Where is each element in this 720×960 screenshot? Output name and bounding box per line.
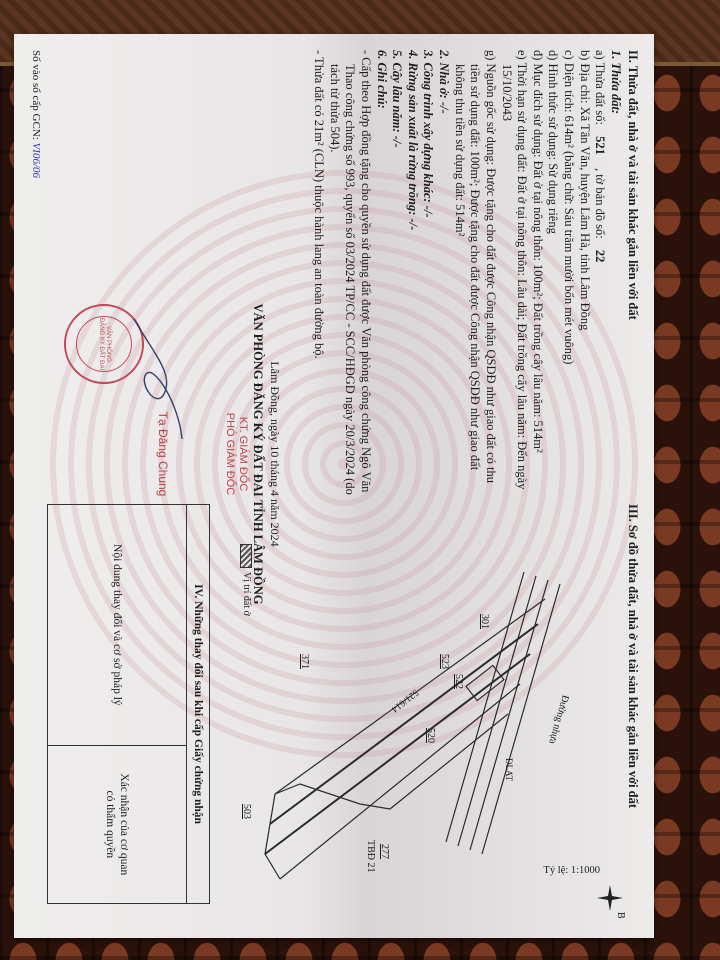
section4-title: IV. Những thay đổi sau khi cấp Giấy chứn… bbox=[186, 505, 209, 904]
authority-confirmation-header: Xác nhận của cơ quan có thẩm quyền bbox=[47, 745, 186, 903]
term-end-date: 15/10/2043 bbox=[498, 50, 514, 490]
area-line: c) Diện tích: 614m² (bằng chữ: Sáu trăm … bbox=[561, 50, 577, 490]
legend-label: Vị trí đất ở bbox=[240, 572, 253, 616]
note-1: - Cấp theo Hợp đồng tặng cho quyền sử dụ… bbox=[357, 50, 373, 490]
notes-heading: 6. Ghi chú: bbox=[373, 50, 389, 490]
section-land-details: II. Thửa đất, nhà ở và tài sản khác gắn … bbox=[30, 50, 640, 490]
north-label: B bbox=[614, 912, 627, 919]
note-1-line-3: tách từ thửa 504). bbox=[326, 50, 342, 490]
signature-scribble bbox=[124, 314, 184, 444]
land-certificate-page: II. Thửa đất, nhà ở và tài sản khác gắn … bbox=[14, 34, 654, 938]
parcel-sketch-map bbox=[250, 524, 600, 904]
changes-content-header: Nội dung thay đổi và cơ sở pháp lý bbox=[47, 505, 186, 746]
origin-line-2: tiền sử dụng đất: 100m²; Được tặng cho đ… bbox=[467, 50, 483, 490]
changes-table: IV. Những thay đổi sau khi cấp Giấy chứn… bbox=[47, 504, 210, 904]
forest-line: 4. Rừng sản xuất là rừng trồng: -/- bbox=[404, 50, 420, 490]
neighbor-523: 523 bbox=[438, 654, 451, 669]
section2-title: II. Thửa đất, nhà ở và tài sản khác gắn … bbox=[624, 50, 640, 320]
neighbor-522: 522 bbox=[452, 674, 465, 689]
legend-residential: Vị trí đất ở bbox=[240, 544, 253, 616]
registration-number: Số vào sổ cấp GCN: VI06/06 bbox=[28, 50, 42, 178]
registration-label: Số vào sổ cấp GCN: bbox=[30, 50, 42, 140]
address-line: b) Địa chỉ: Xã Tân Văn, huyện Lâm Hà, tỉ… bbox=[576, 50, 592, 490]
map-sheet-number: 22 bbox=[593, 250, 607, 263]
other-works-line: 3. Công trình xây dựng khác: -/- bbox=[420, 50, 436, 490]
neighbor-277: 277 bbox=[378, 844, 391, 859]
neighbor-520: 520 bbox=[424, 728, 437, 743]
note-1-line-2: Thao công chứng số 993, quyển số 03/2024… bbox=[342, 50, 358, 490]
neighbor-301: 301 bbox=[478, 614, 491, 629]
authority-line-2: có thẩm quyền bbox=[102, 752, 116, 897]
note-2: - Thửa đất có 21m² (CLN) thuộc hành lang… bbox=[311, 50, 327, 490]
authority-line-1: Xác nhận của cơ quan bbox=[117, 752, 131, 897]
purpose-line: đ) Mục đích sử dụng: Đất ở tại nông thôn… bbox=[529, 50, 545, 490]
parcel-label: a) Thửa đất số: bbox=[593, 50, 607, 125]
compass-icon bbox=[596, 884, 624, 912]
origin-line: g) Nguồn gốc sử dụng: Được tặng cho đất … bbox=[482, 50, 498, 490]
neighbor-tbd21: TBĐ 21 bbox=[364, 840, 377, 873]
land-heading: 1. Thửa đất: bbox=[607, 50, 623, 490]
origin-line-3: không thu tiền sử dụng đất: 514m² bbox=[451, 50, 467, 490]
registration-value: VI06/06 bbox=[30, 143, 42, 178]
perennial-line: 5. Cây lâu năm: -/- bbox=[389, 50, 405, 490]
parcel-number-line: a) Thửa đất số: 521 , tờ bản đồ số: 22 bbox=[592, 50, 608, 490]
usage-form-line: d) Hình thức sử dụng: Sử dụng riêng bbox=[545, 50, 561, 490]
parcel-number: 521 bbox=[593, 136, 607, 155]
section-diagram: III. Sơ đồ thửa đất, nhà ở và tài sản kh… bbox=[30, 504, 640, 924]
neighbor-371: 371 bbox=[298, 654, 311, 669]
section3-title: III. Sơ đồ thửa đất, nhà ở và tài sản kh… bbox=[624, 504, 640, 808]
hatch-swatch-icon bbox=[240, 544, 252, 568]
edge-label-dlat: ĐLAT bbox=[503, 758, 514, 781]
neighbor-503: 503 bbox=[240, 804, 253, 819]
house-line: 2. Nhà ở: -/- bbox=[436, 50, 452, 490]
certificate-content: II. Thửa đất, nhà ở và tài sản khác gắn … bbox=[14, 34, 654, 938]
map-sheet-label: , tờ bản đồ số: bbox=[593, 168, 607, 239]
term-line: e) Thời hạn sử dụng đất: Đất ở tại nông … bbox=[514, 50, 530, 490]
